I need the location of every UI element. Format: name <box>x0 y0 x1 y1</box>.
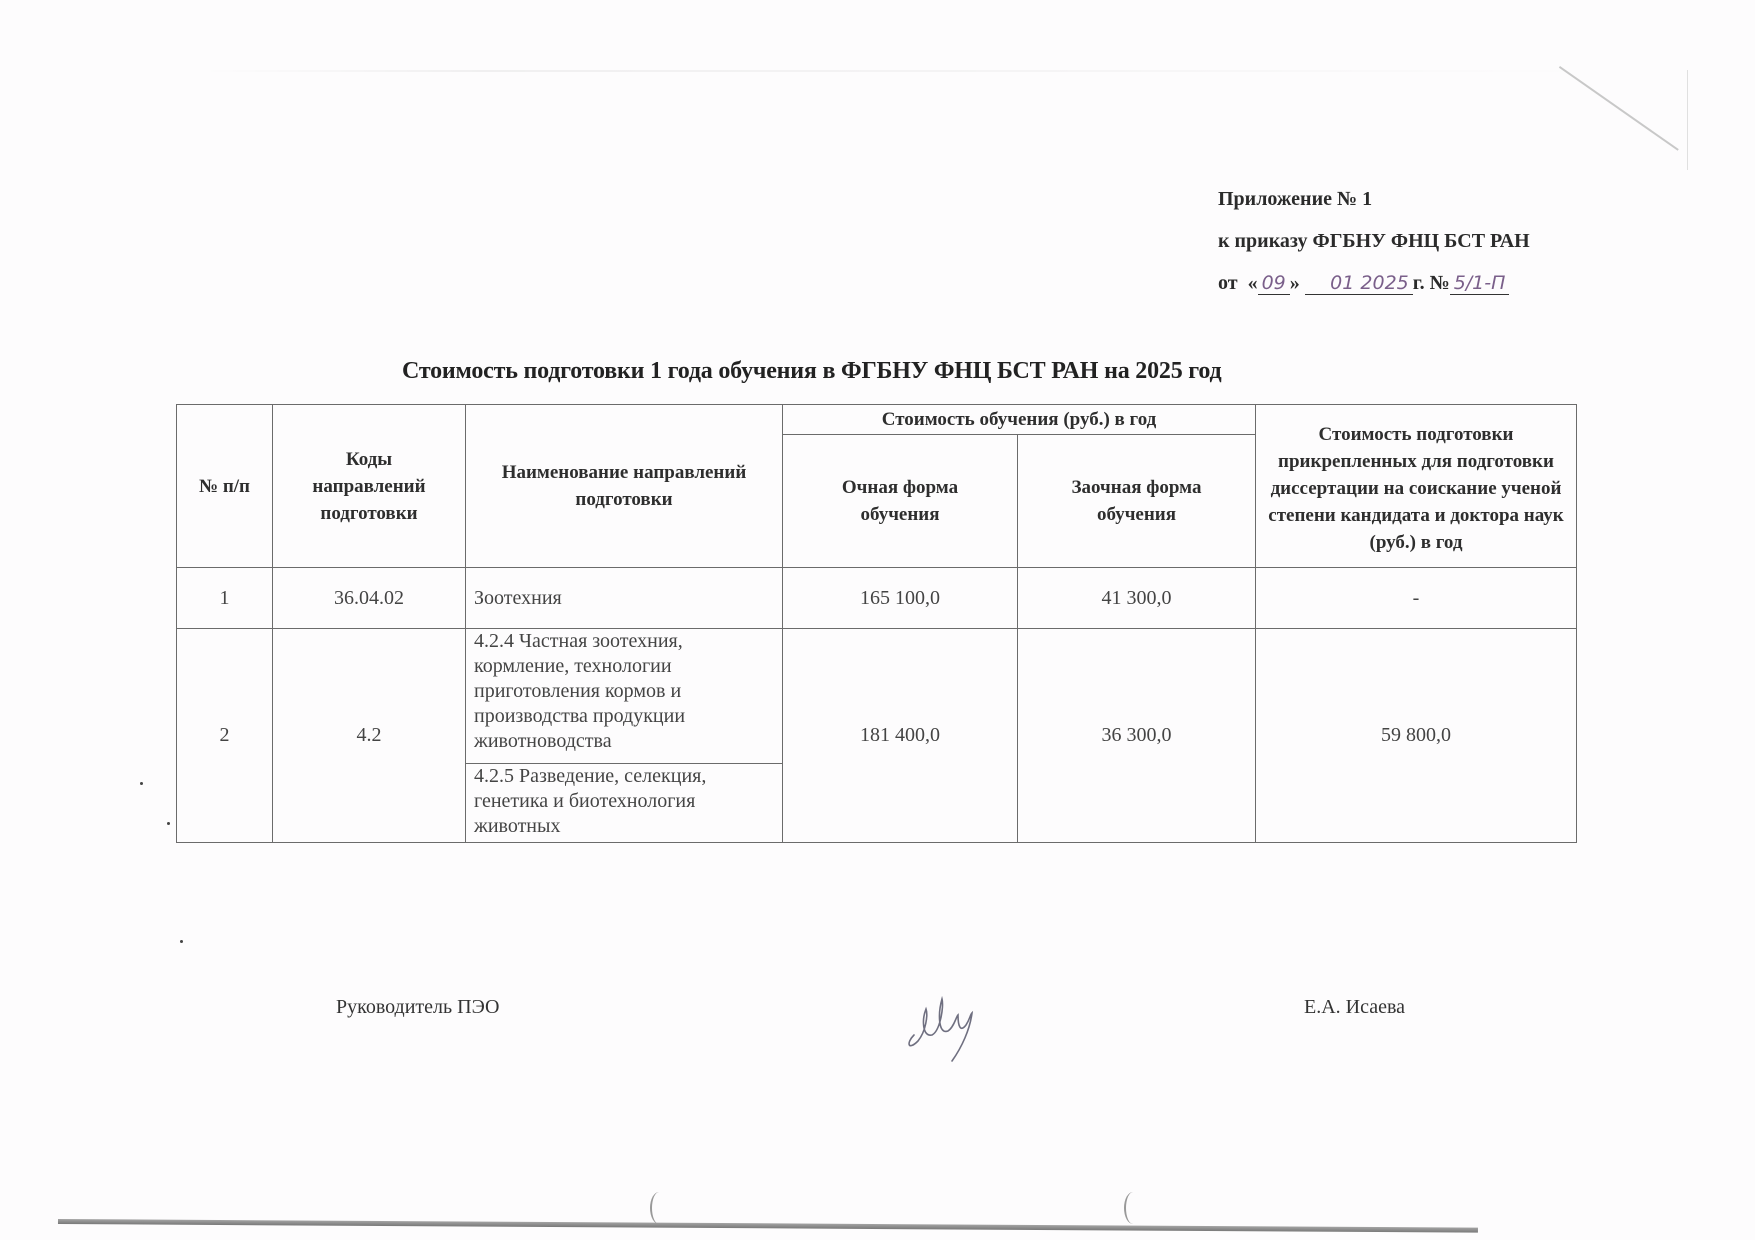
date-close-quote: » <box>1290 272 1300 294</box>
table-header-row: № п/п Коды направлений подготовки Наимен… <box>177 405 1577 435</box>
cell-part-time: 41 300,0 <box>1018 568 1256 629</box>
signer-role: Руководитель ПЭО <box>336 996 500 1019</box>
scan-artifact-bottom-edge <box>58 1219 1478 1233</box>
cell-part-time: 36 300,0 <box>1018 629 1256 843</box>
cell-num: 2 <box>177 629 273 843</box>
scan-artifact-vertical-line <box>1687 70 1688 170</box>
signature-icon <box>900 985 990 1065</box>
document-title: Стоимость подготовки 1 года обучения в Ф… <box>402 358 1221 385</box>
handwritten-order-number: 5/1-П <box>1450 272 1510 295</box>
table-row: 1 36.04.02 Зоотехния 165 100,0 41 300,0 … <box>177 568 1577 629</box>
cell-name-4-2-4: 4.2.4 Частная зоотехния, кормление, техн… <box>466 629 783 764</box>
scan-artifact-punch-hole-left <box>650 1192 668 1224</box>
cell-full-time: 165 100,0 <box>783 568 1018 629</box>
scan-speck <box>167 822 170 825</box>
scan-speck <box>180 940 183 943</box>
cell-attached: 59 800,0 <box>1256 629 1577 843</box>
cell-name-4-2-5: 4.2.5 Разведение, селекция, генетика и б… <box>466 764 783 843</box>
table-row: 2 4.2 4.2.4 Частная зоотехния, кормление… <box>177 629 1577 764</box>
date-prefix: от <box>1218 272 1238 294</box>
year-suffix: г. <box>1413 272 1425 294</box>
cost-table: № п/п Коды направлений подготовки Наимен… <box>176 404 1577 843</box>
appendix-line-2: к приказу ФГБНУ ФНЦ БСТ РАН <box>1218 220 1530 262</box>
cell-code: 4.2 <box>273 629 466 843</box>
header-names: Наименование направлений подготовки <box>466 405 783 568</box>
header-num: № п/п <box>177 405 273 568</box>
scan-artifact-diagonal-line <box>1559 66 1679 151</box>
handwritten-day: 09 <box>1258 272 1290 295</box>
header-attached: Стоимость подготовки прикрепленных для п… <box>1256 405 1577 568</box>
date-open-quote: « <box>1248 272 1258 294</box>
header-part-time: Заочная форма обучения <box>1018 435 1256 568</box>
header-cost-group: Стоимость обучения (руб.) в год <box>783 405 1256 435</box>
cell-full-time: 181 400,0 <box>783 629 1018 843</box>
appendix-line-1: Приложение № 1 <box>1218 178 1530 220</box>
cell-num: 1 <box>177 568 273 629</box>
signer-name: Е.А. Исаева <box>1304 996 1405 1019</box>
cell-attached: - <box>1256 568 1577 629</box>
scan-artifact-top-line <box>200 70 1600 72</box>
scan-speck <box>140 782 143 785</box>
appendix-block: Приложение № 1 к приказу ФГБНУ ФНЦ БСТ Р… <box>1218 178 1530 304</box>
handwritten-month-year: 01 2025 <box>1305 272 1413 295</box>
scan-artifact-punch-hole-right <box>1124 1192 1142 1224</box>
cell-code: 36.04.02 <box>273 568 466 629</box>
header-codes: Коды направлений подготовки <box>273 405 466 568</box>
number-prefix: № <box>1430 272 1450 294</box>
header-full-time: Очная форма обучения <box>783 435 1018 568</box>
appendix-date-line: от «09» 01 2025г. №5/1-П <box>1218 262 1530 304</box>
cell-name: Зоотехния <box>466 568 783 629</box>
